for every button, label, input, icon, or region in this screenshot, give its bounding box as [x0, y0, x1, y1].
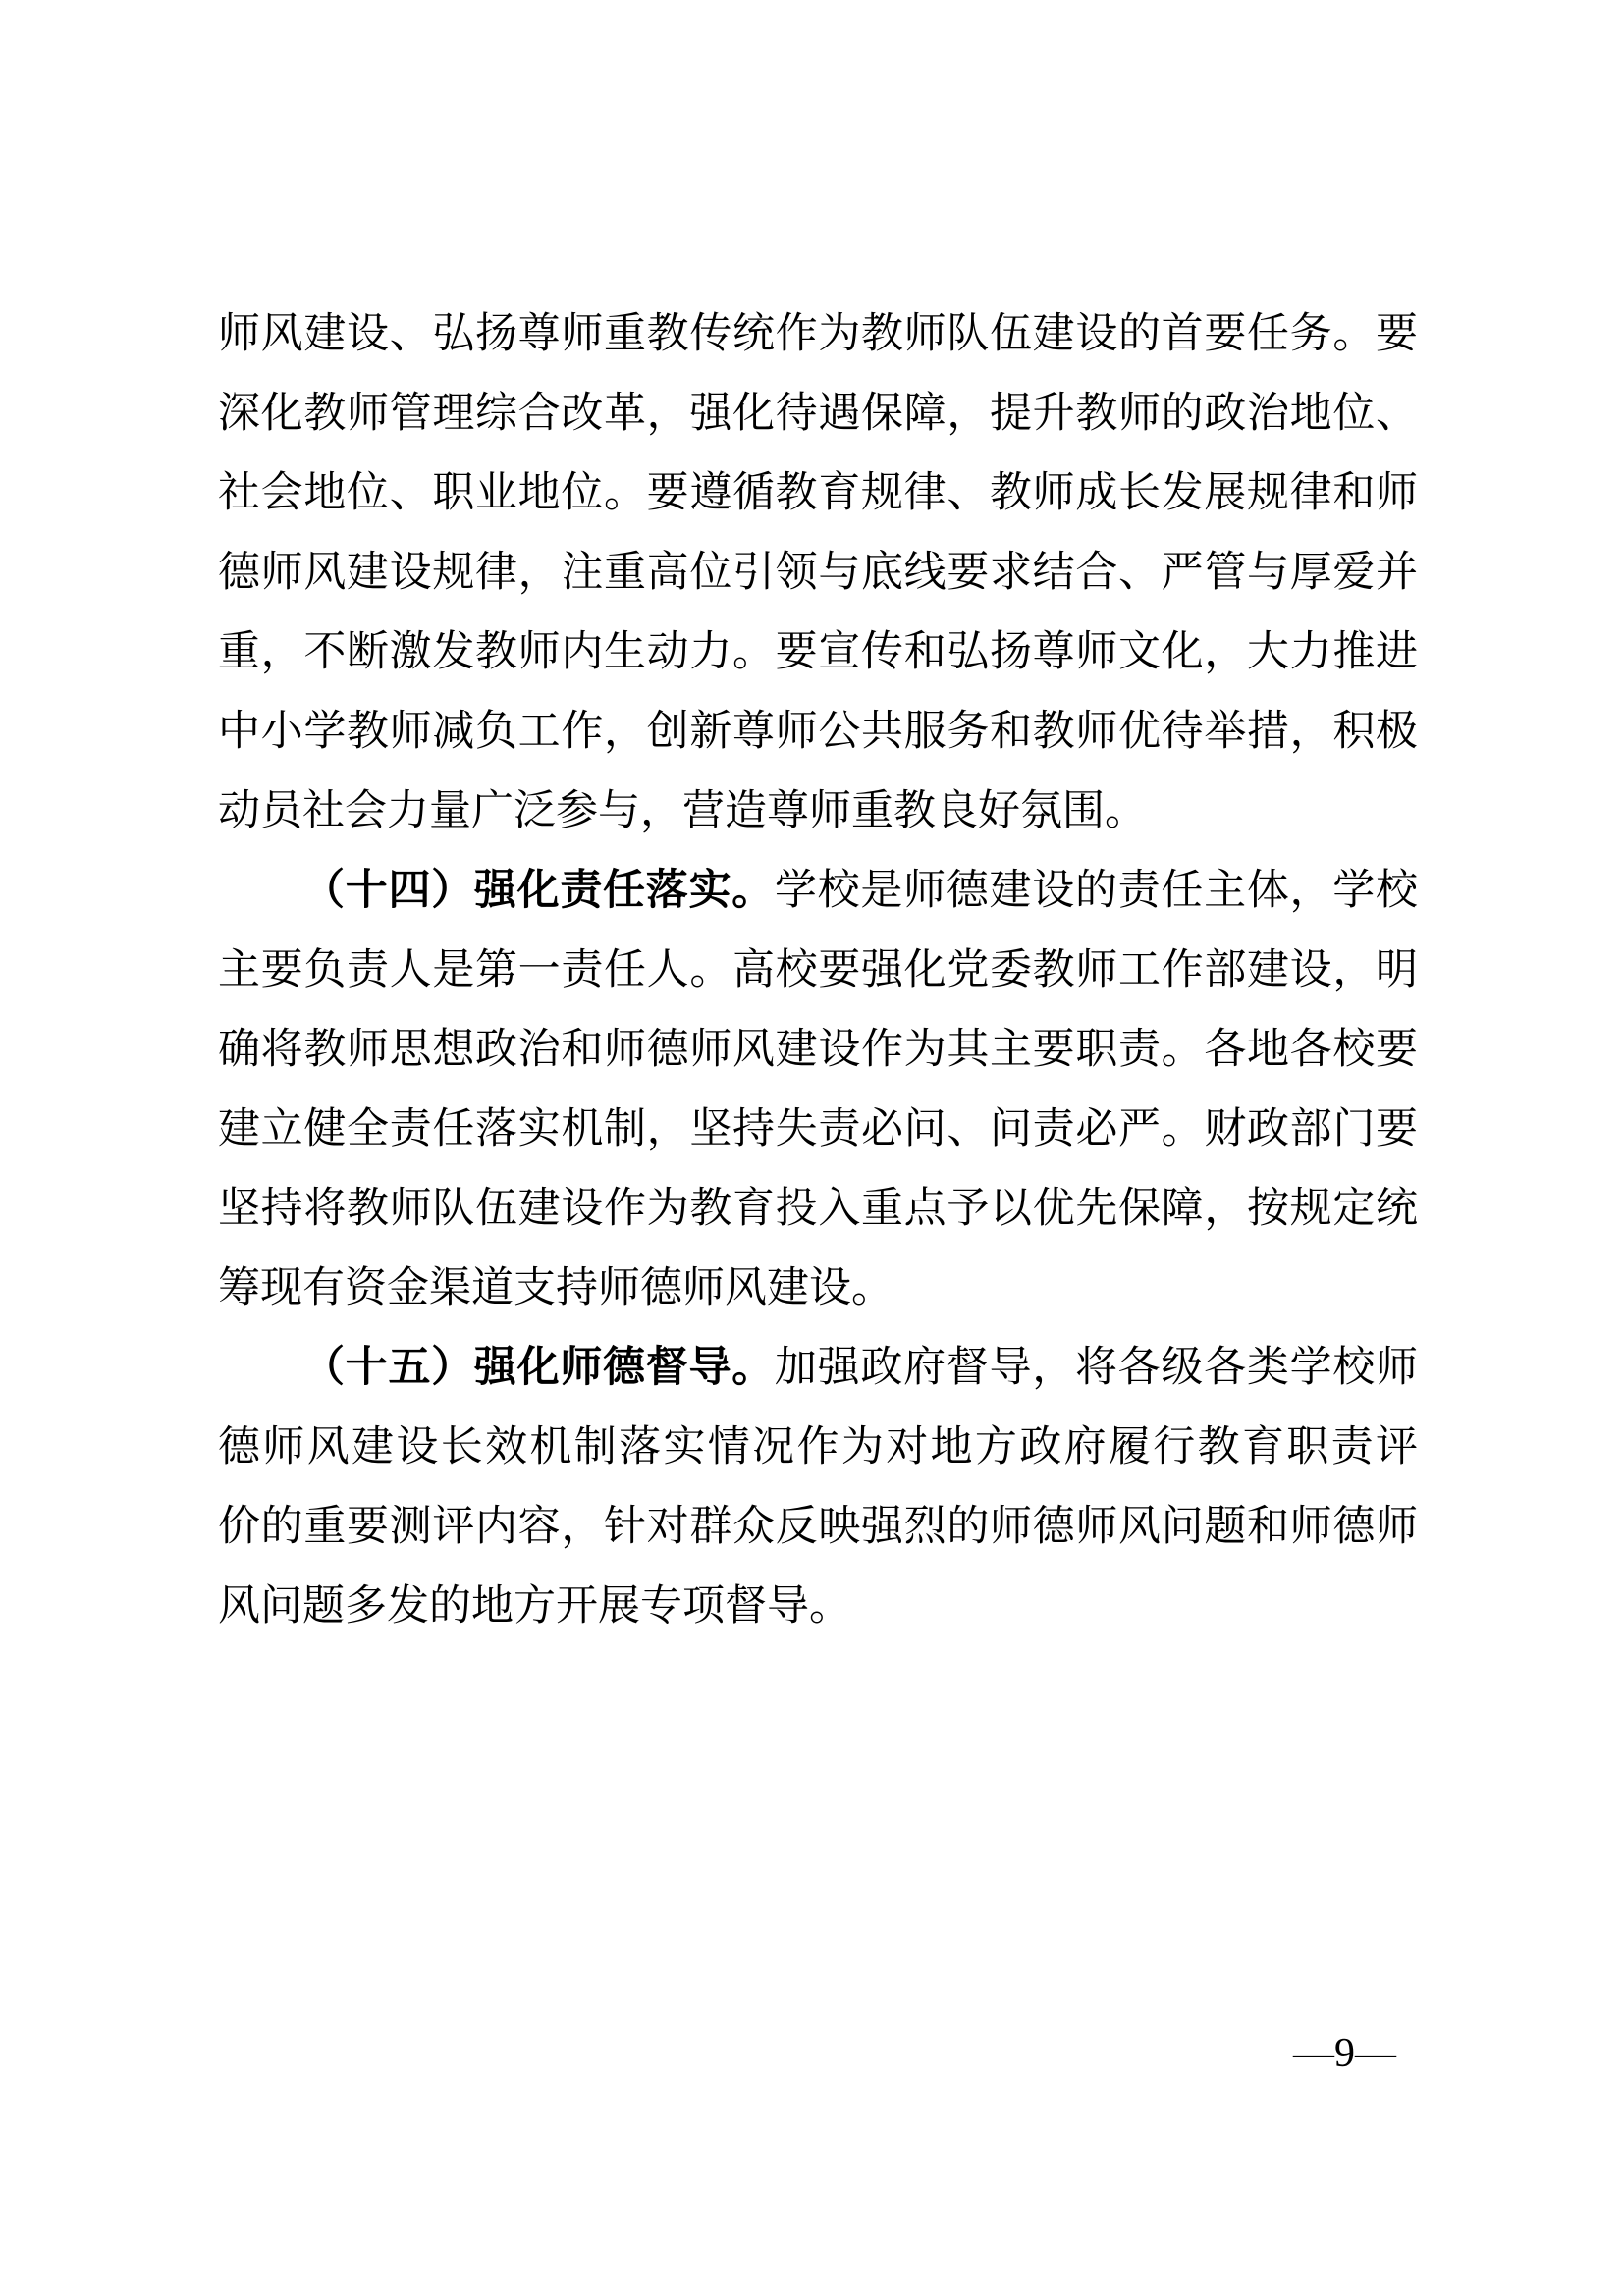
- text-line: （十四）强化责任落实。学校是师德建设的责任主体，学校: [218, 851, 1418, 931]
- text-line: 深化教师管理综合改革，强化待遇保障，提升教师的政治地位、: [218, 374, 1418, 454]
- text-line: 价的重要测评内容，针对群众反映强烈的师德师风问题和师德师: [218, 1487, 1418, 1567]
- text-line: 筹现有资金渠道支持师德师风建设。: [218, 1249, 1418, 1328]
- page-number: —9—: [1293, 2030, 1396, 2077]
- text-line: 社会地位、职业地位。要遵循教育规律、教师成长发展规律和师: [218, 454, 1418, 533]
- text-line: 主要负责人是第一责任人。高校要强化党委教师工作部建设，明: [218, 931, 1418, 1010]
- paragraph-lead: （十五）强化师德督导。: [302, 1345, 775, 1391]
- text-line: 德师风建设长效机制落实情况作为对地方政府履行教育职责评: [218, 1408, 1418, 1487]
- text-line: 建立健全责任落实机制，坚持失责必问、问责必严。财政部门要: [218, 1090, 1418, 1169]
- text-line: 风问题多发的地方开展专项督导。: [218, 1567, 1418, 1646]
- document-body: 师风建设、弘扬尊师重教传统作为教师队伍建设的首要任务。要深化教师管理综合改革，强…: [218, 294, 1418, 1646]
- text-line: 师风建设、弘扬尊师重教传统作为教师队伍建设的首要任务。要: [218, 294, 1418, 374]
- text-line: （十五）强化师德督导。加强政府督导，将各级各类学校师: [218, 1328, 1418, 1408]
- text-line: 确将教师思想政治和师德师风建设作为其主要职责。各地各校要: [218, 1010, 1418, 1090]
- paragraph-lead: （十四）强化责任落实。: [302, 868, 775, 914]
- text-line: 重，不断激发教师内生动力。要宣传和弘扬尊师文化，大力推进: [218, 613, 1418, 692]
- text-line: 中小学教师减负工作，创新尊师公共服务和教师优待举措，积极: [218, 692, 1418, 772]
- text-line: 动员社会力量广泛参与，营造尊师重教良好氛围。: [218, 772, 1418, 851]
- text-line: 德师风建设规律，注重高位引领与底线要求结合、严管与厚爱并: [218, 533, 1418, 613]
- document-page: 师风建设、弘扬尊师重教传统作为教师队伍建设的首要任务。要深化教师管理综合改革，强…: [0, 0, 1624, 2296]
- text-line: 坚持将教师队伍建设作为教育投入重点予以优先保障，按规定统: [218, 1169, 1418, 1249]
